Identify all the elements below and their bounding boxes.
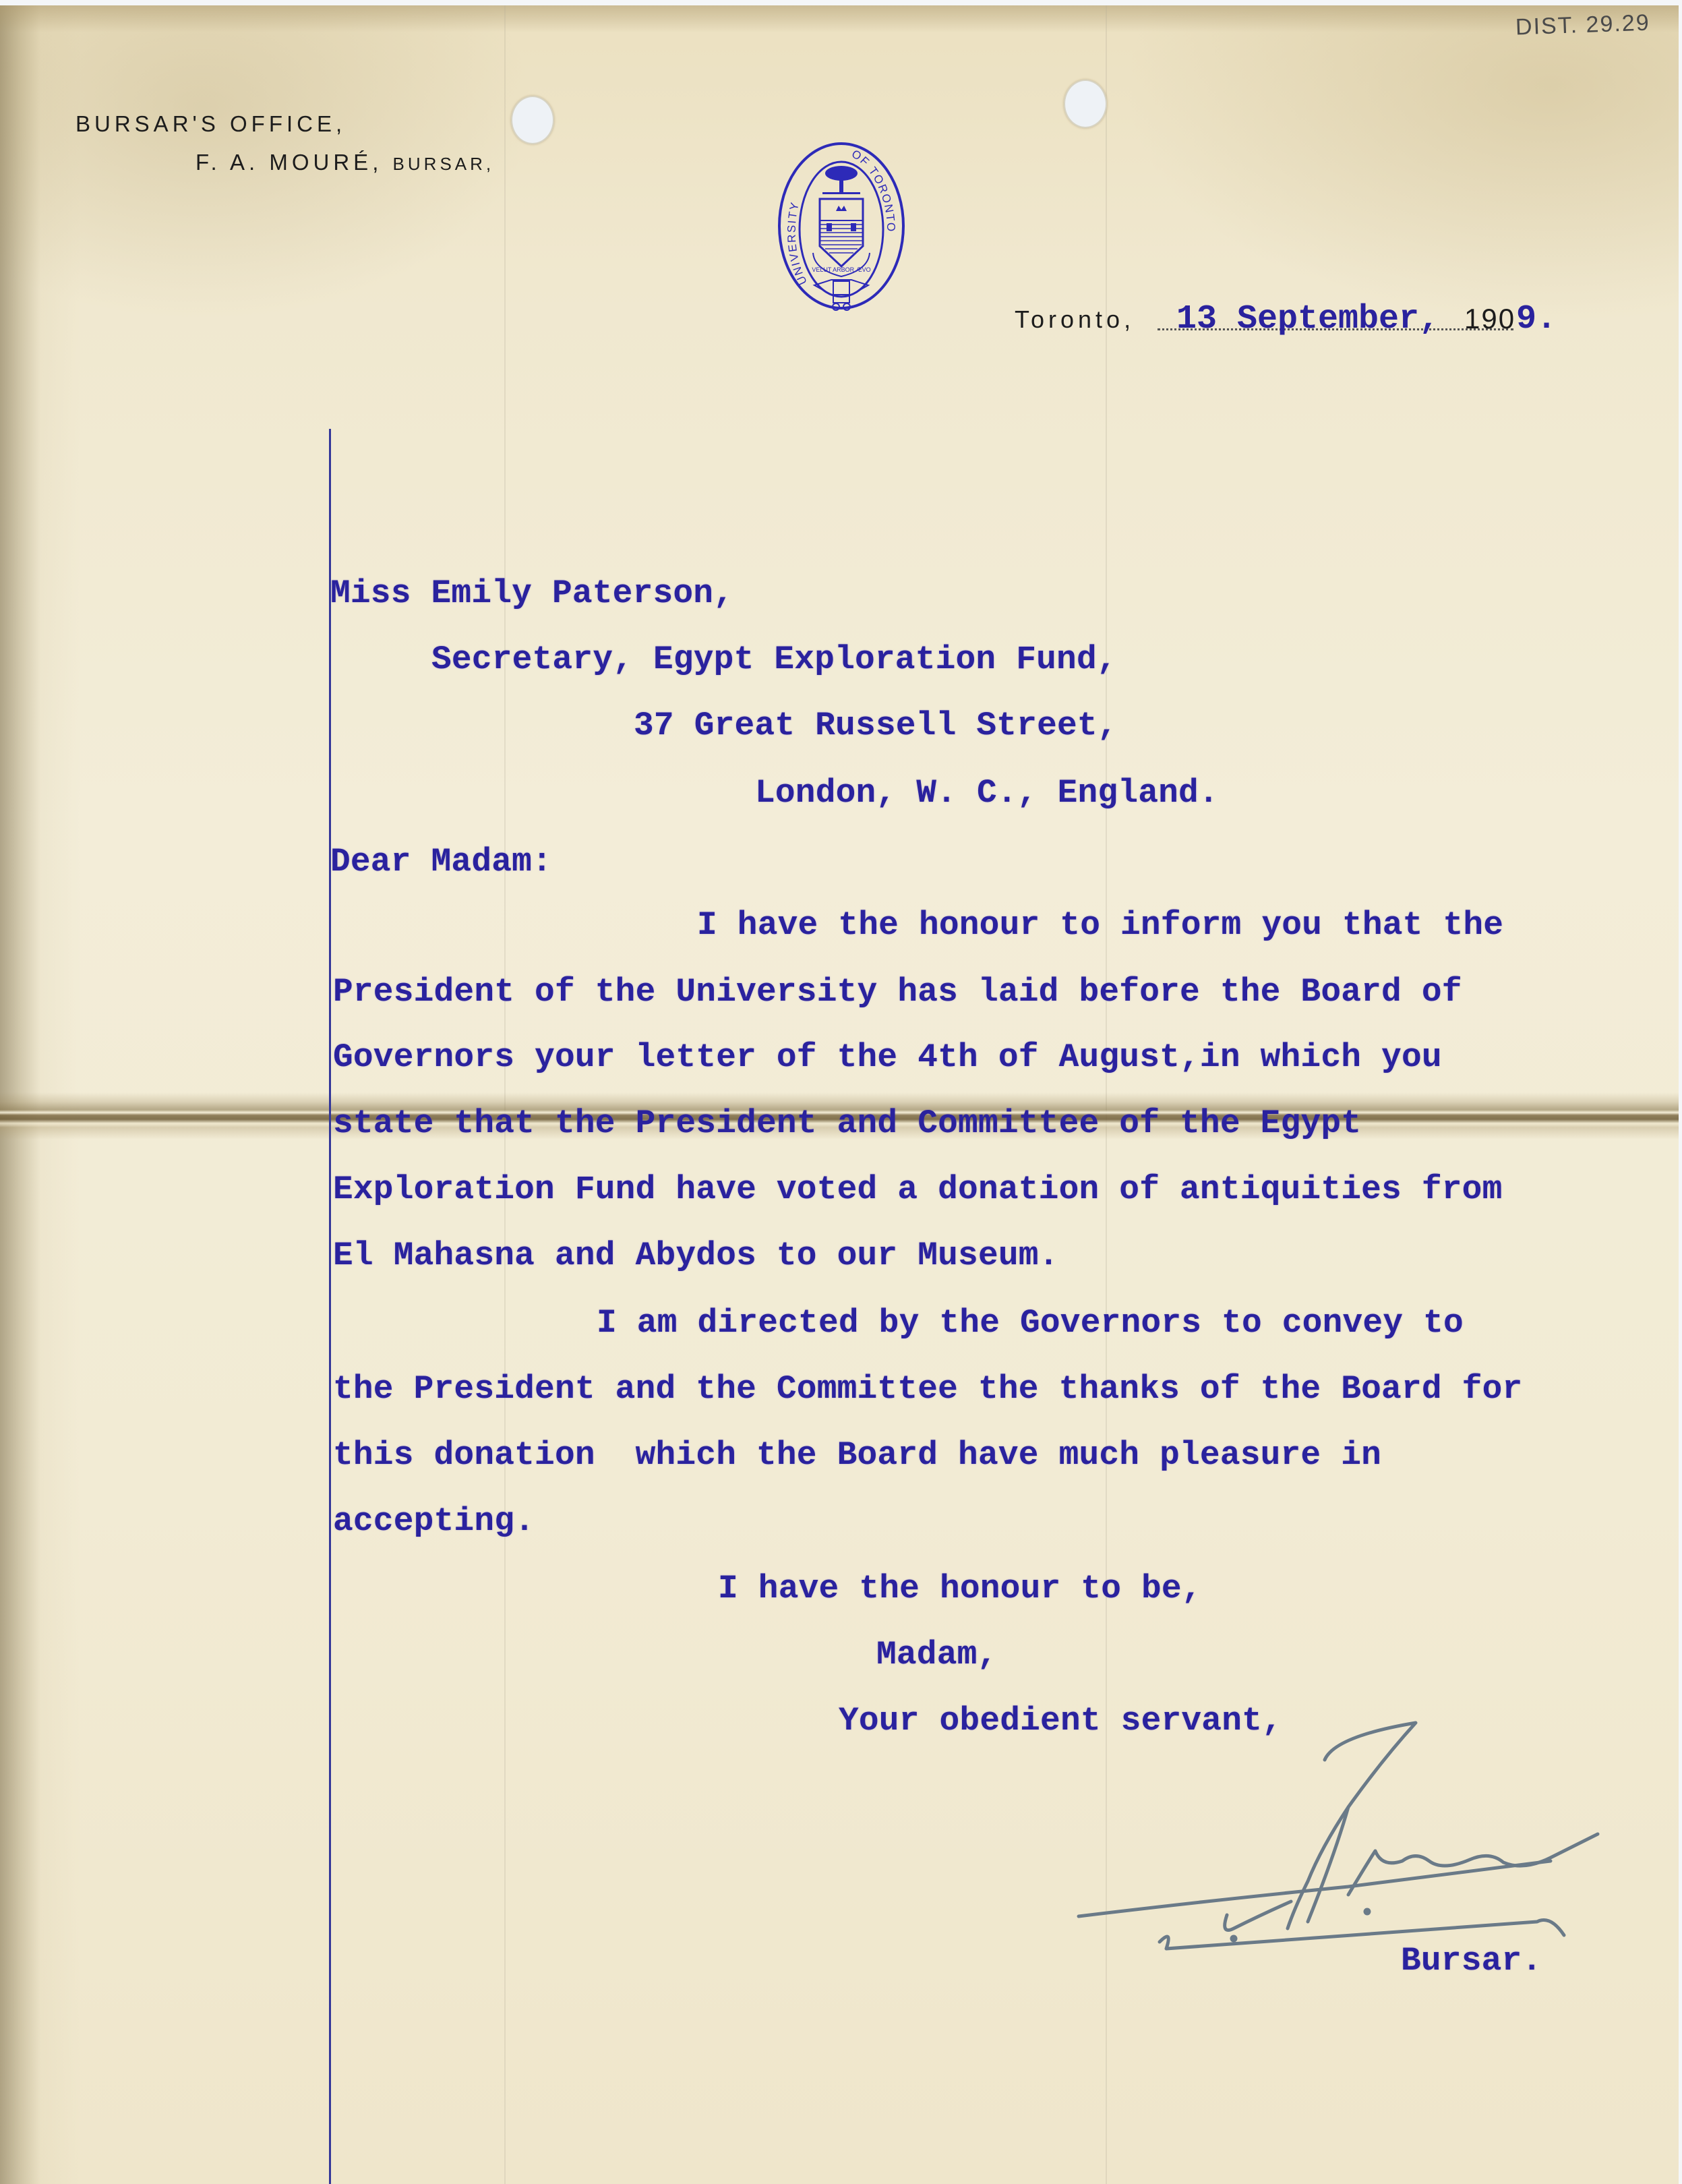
body-line: El Mahasna and Abydos to our Museum. [333, 1237, 1059, 1274]
letterhead-office: Bursar's Office, [76, 111, 346, 137]
letterhead-bursar-name: F. A. Mouré, [196, 150, 382, 175]
recipient-city: London, W. C., England. [755, 774, 1219, 812]
signature-title: Bursar. [1401, 1942, 1542, 1980]
dateline-year-typed: 9. [1516, 300, 1557, 338]
body-line: Governors your letter of the 4th of Augu… [333, 1038, 1442, 1076]
closing-line-1: I have the honour to be, [718, 1570, 1202, 1607]
body-line: I have the honour to inform you that the [697, 906, 1503, 944]
left-margin-rule [329, 429, 331, 2184]
punch-hole-left [511, 96, 554, 144]
body-line: state that the President and Committee o… [333, 1104, 1361, 1142]
svg-text:UNIVERSITY: UNIVERSITY [785, 200, 810, 287]
archive-reference-mark: DIST. 29.29 [1515, 10, 1650, 41]
body-line: accepting. [333, 1502, 535, 1540]
body-line: Exploration Fund have voted a donation o… [333, 1171, 1502, 1208]
paper-top-stain [0, 5, 1679, 32]
dateline-day-month: 13 September, [1176, 300, 1439, 338]
recipient-title: Secretary, Egypt Exploration Fund, [431, 641, 1117, 678]
handwritten-signature [1065, 1706, 1645, 1962]
body-line: President of the University has laid bef… [333, 973, 1462, 1011]
letterhead-bursar-title: Bursar, [393, 154, 495, 174]
dateline-city: Toronto, [1015, 305, 1135, 334]
university-crest-icon: UNIVERSITY OF TORONTO VELUT ARBOR ÆVO [774, 138, 909, 334]
body-line: I am directed by the Governors to convey… [597, 1304, 1464, 1342]
closing-line-2: Madam, [876, 1636, 997, 1674]
punch-hole-right [1064, 80, 1107, 128]
crest-motto: VELUT ARBOR ÆVO [812, 266, 870, 273]
letterhead-bursar: F. A. Mouré, Bursar, [196, 150, 494, 175]
salutation: Dear Madam: [330, 843, 552, 881]
recipient-name: Miss Emily Paterson, [330, 574, 733, 612]
body-line: this donation which the Board have much … [333, 1436, 1381, 1474]
dateline-year-printed: 190 [1464, 303, 1515, 335]
crest-text-left: UNIVERSITY [785, 200, 810, 287]
body-line: the President and the Committee the than… [333, 1370, 1522, 1408]
recipient-street: 37 Great Russell Street, [634, 707, 1118, 744]
dateline: Toronto, 13 September, 190 9. [1015, 300, 1567, 341]
